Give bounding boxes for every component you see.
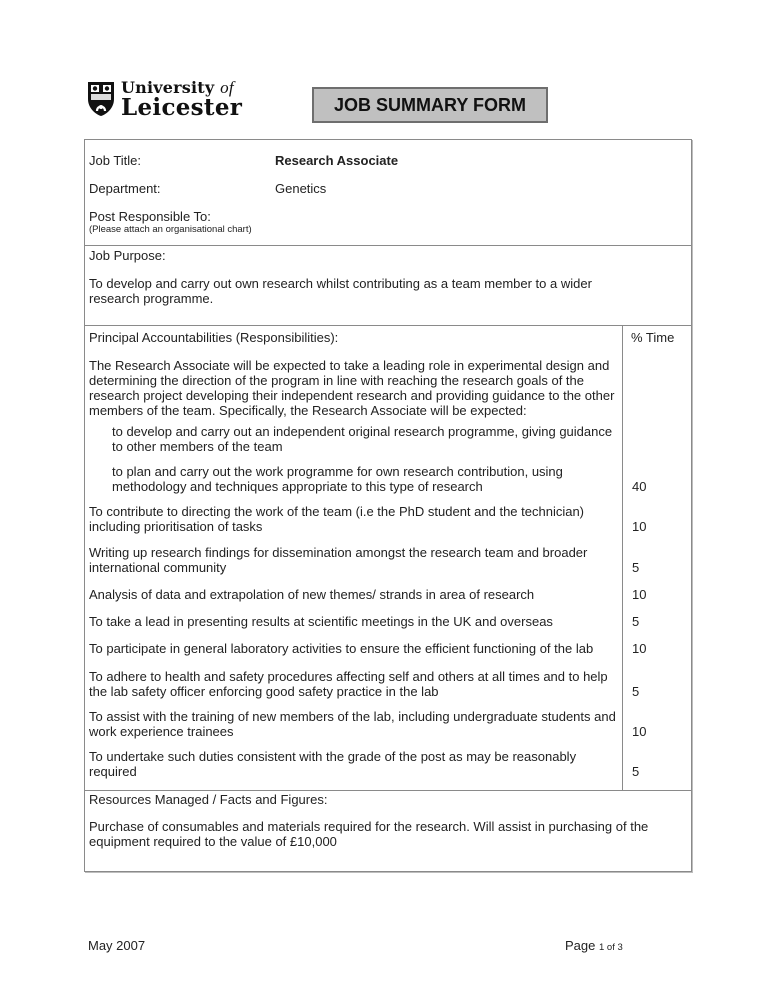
sub-item: to develop and carry out an independent … xyxy=(112,424,617,454)
post-responsible-note: (Please attach an organisational chart) xyxy=(89,224,252,235)
divider xyxy=(85,245,691,246)
accountability-item: To adhere to health and safety procedure… xyxy=(89,669,619,699)
accountability-item: To assist with the training of new membe… xyxy=(89,709,619,739)
post-responsible-label: Post Responsible To: xyxy=(89,209,211,224)
accountability-item: To contribute to directing the work of t… xyxy=(89,504,619,534)
pct-value: 40 xyxy=(632,479,646,494)
pct-value: 5 xyxy=(632,560,639,575)
form-title: JOB SUMMARY FORM xyxy=(312,87,548,123)
pct-value: 10 xyxy=(632,587,646,602)
accountabilities-label: Principal Accountabilities (Responsibili… xyxy=(89,330,338,345)
pct-value: 5 xyxy=(632,684,639,699)
resources-label: Resources Managed / Facts and Figures: xyxy=(89,792,327,807)
accountability-item: To undertake such duties consistent with… xyxy=(89,749,619,779)
job-purpose-text: To develop and carry out own research wh… xyxy=(89,276,629,306)
pct-time-header: % Time xyxy=(631,330,674,345)
accountability-item: To take a lead in presenting results at … xyxy=(89,614,619,629)
accountability-item: Analysis of data and extrapolation of ne… xyxy=(89,587,619,602)
job-summary-form: Job Title: Research Associate Department… xyxy=(84,139,692,872)
sub-item: to plan and carry out the work programme… xyxy=(112,464,617,494)
pct-value: 10 xyxy=(632,724,646,739)
accountabilities-intro: The Research Associate will be expected … xyxy=(89,358,619,418)
pct-value: 10 xyxy=(632,519,646,534)
job-purpose-label: Job Purpose: xyxy=(89,248,166,263)
job-title-value: Research Associate xyxy=(275,153,398,168)
divider xyxy=(85,790,691,791)
divider xyxy=(85,325,691,326)
accountability-item: Writing up research findings for dissemi… xyxy=(89,545,619,575)
footer-date: May 2007 xyxy=(88,938,145,953)
university-logo: University of Leicester xyxy=(87,79,242,119)
university-shield-icon xyxy=(87,81,115,117)
department-value: Genetics xyxy=(275,181,326,196)
pct-value: 10 xyxy=(632,641,646,656)
pct-value: 5 xyxy=(632,614,639,629)
logo-line-2: Leicester xyxy=(121,96,242,119)
footer-page-number: Page 1 of 3 xyxy=(565,938,623,953)
pct-value: 5 xyxy=(632,764,639,779)
department-label: Department: xyxy=(89,181,161,196)
accountability-item: To participate in general laboratory act… xyxy=(89,641,619,656)
job-title-label: Job Title: xyxy=(89,153,141,168)
column-divider xyxy=(622,325,623,790)
resources-text: Purchase of consumables and materials re… xyxy=(89,819,649,849)
